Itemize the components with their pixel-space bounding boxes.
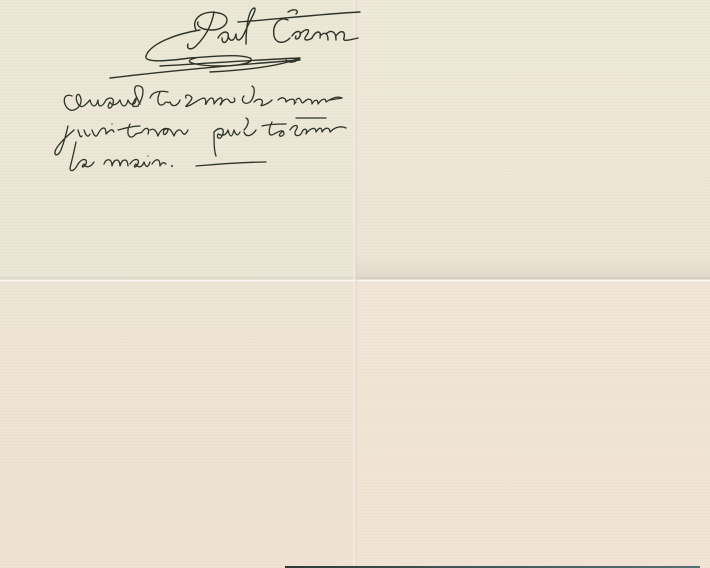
body-line-2 [55, 118, 346, 156]
signature [110, 8, 360, 78]
letter-sheet: Paul Cézanne Quand tu seras de retour j'… [0, 0, 710, 568]
body-line-3 [70, 142, 266, 171]
body-line-1 [64, 86, 342, 111]
handwriting-ink [0, 0, 710, 568]
